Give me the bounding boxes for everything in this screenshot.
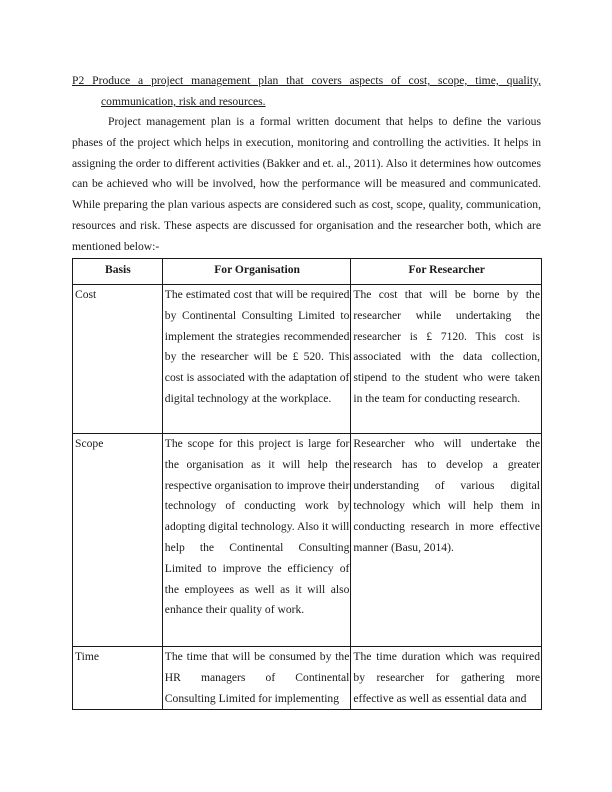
cell-basis: Scope: [73, 434, 163, 647]
header-for-organisation: For Organisation: [162, 259, 351, 285]
intro-paragraph: Project management plan is a formal writ…: [72, 112, 541, 258]
table-row: Time The time that will be consumed by t…: [73, 647, 542, 710]
cell-basis: Time: [73, 647, 163, 710]
section-heading: P2 Produce a project management plan tha…: [72, 71, 541, 113]
header-for-researcher: For Researcher: [351, 259, 542, 285]
cell-organisation: The time that will be consumed by the HR…: [162, 647, 351, 710]
table-header-row: Basis For Organisation For Researcher: [73, 259, 542, 285]
cell-basis: Cost: [73, 285, 163, 434]
section-heading-line-1: P2 Produce a project management plan tha…: [72, 71, 541, 92]
table-row: Cost The estimated cost that will be req…: [73, 285, 542, 434]
cell-organisation: The estimated cost that will be required…: [162, 285, 351, 434]
table-row: Scope The scope for this project is larg…: [73, 434, 542, 647]
cell-researcher: Researcher who will undertake the resear…: [351, 434, 542, 647]
cell-researcher: The time duration which was required by …: [351, 647, 542, 710]
cell-organisation: The scope for this project is large for …: [162, 434, 351, 647]
section-heading-line-2: communication, risk and resources.: [72, 92, 541, 113]
project-plan-table: Basis For Organisation For Researcher Co…: [72, 258, 542, 710]
cell-researcher: The cost that will be borne by the resea…: [351, 285, 542, 434]
header-basis: Basis: [73, 259, 163, 285]
